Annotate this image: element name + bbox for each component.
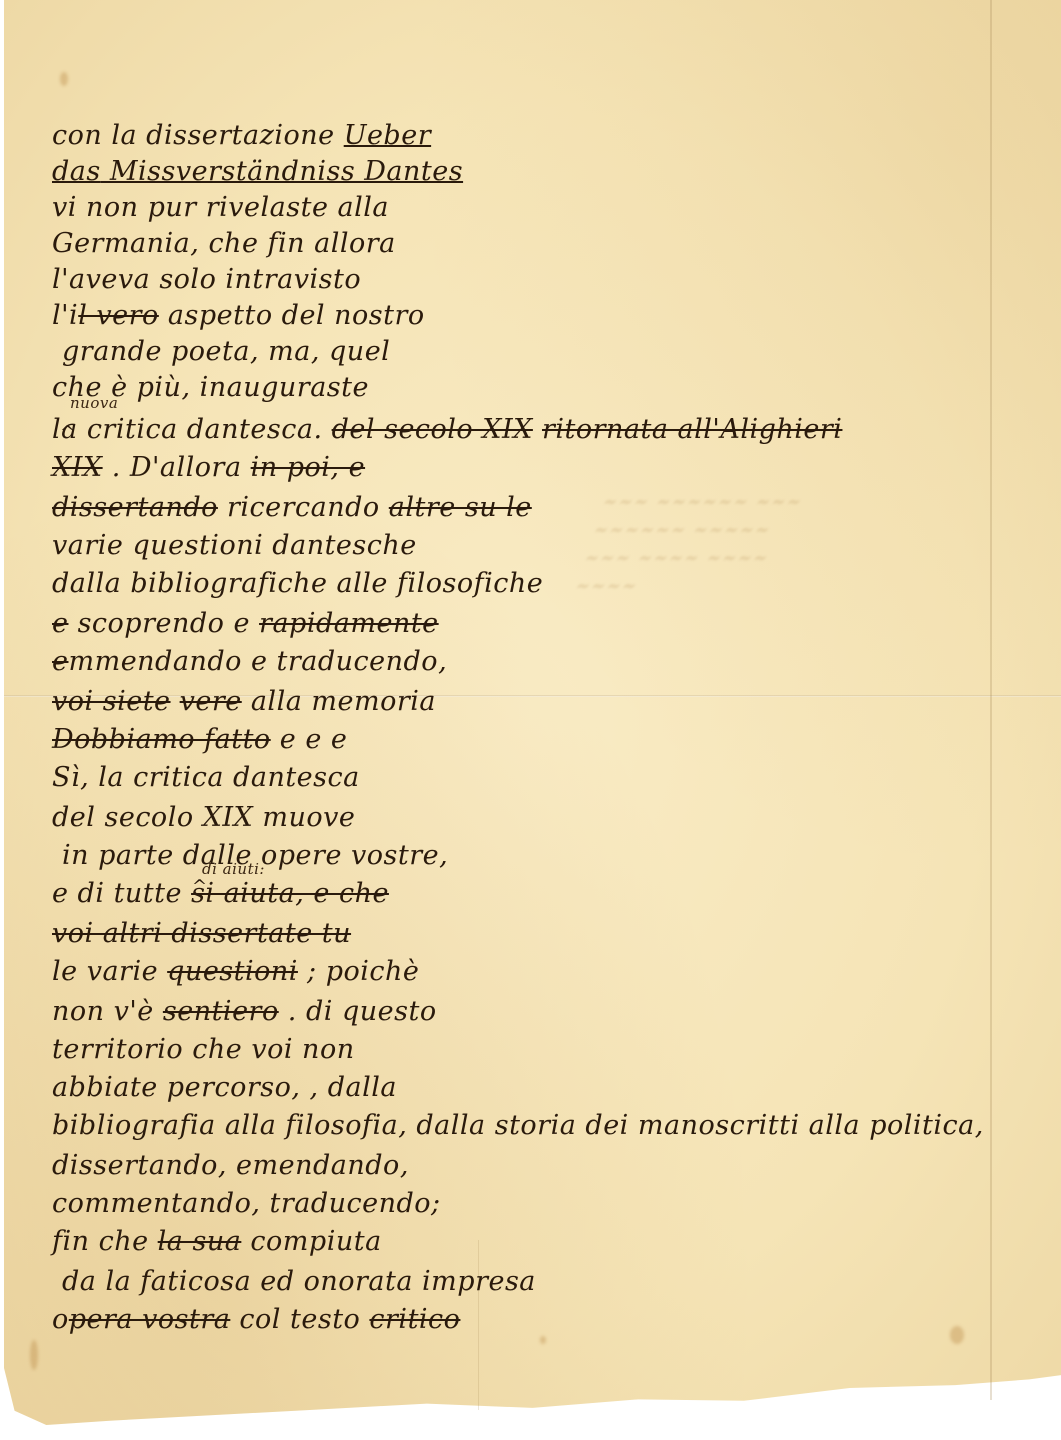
line-text: vi non pur rivelaste alla: [52, 192, 389, 223]
line-text: abbiate percorso, , dalla: [52, 1072, 397, 1103]
manuscript-line: dissertando, emendando,: [52, 1148, 409, 1184]
line-text: mmendando e traducendo,: [68, 646, 447, 677]
struck-text: vere: [180, 686, 242, 717]
line-text: commentando, traducendo;: [52, 1188, 441, 1219]
line-text: l'aveva solo intravisto: [52, 264, 361, 295]
manuscript-line: bibliografia alla filosofia, dalla stori…: [52, 1108, 984, 1144]
line-text: territorio che voi non: [52, 1034, 355, 1065]
line-text: das: [52, 156, 101, 187]
foxing-stain: [30, 1340, 38, 1370]
line-text: con la dissertazione: [52, 120, 344, 151]
line-text: l'i: [52, 300, 78, 331]
line-text: Germania, che fin allora: [52, 228, 396, 259]
struck-text: del secolo XIX: [332, 414, 533, 445]
line-text: o: [52, 1304, 69, 1335]
manuscript-line: la critica dantesca. del secolo XIX rito…: [52, 412, 842, 448]
line-text: ricercando: [218, 492, 389, 523]
manuscript-line: del secolo XIX muove: [52, 800, 355, 836]
line-text: alla memoria: [242, 686, 436, 717]
struck-text: questioni: [167, 956, 298, 987]
manuscript-line: abbiate percorso, , dalla: [52, 1070, 397, 1106]
struck-text: l vero: [78, 300, 159, 331]
line-text: la critica dantesca.: [52, 414, 332, 445]
struck-text: la sua: [158, 1226, 242, 1257]
line-text: non v'è: [52, 996, 163, 1027]
line-text: dalla bibliografiche alle filosofiche: [52, 568, 543, 599]
line-text: dissertando, emendando,: [52, 1150, 409, 1181]
line-text: varie questioni dantesche: [52, 530, 417, 561]
foxing-stain: [540, 1336, 546, 1344]
insertion-caret-icon: ^: [192, 876, 208, 897]
manuscript-line: Sì, la critica dantesca: [52, 760, 360, 796]
manuscript-line: commentando, traducendo;: [52, 1186, 441, 1222]
manuscript-line: vi non pur rivelaste alla: [52, 190, 389, 226]
struck-text: rapidamente: [259, 608, 439, 639]
interlinear-insertion: nuova: [70, 396, 118, 411]
struck-text: XIX: [52, 452, 103, 483]
line-text: bibliografia alla filosofia, dalla stori…: [52, 1110, 984, 1141]
manuscript-line: das Missverständniss Dantes: [52, 154, 463, 190]
line-text: aspetto del nostro: [159, 300, 425, 331]
bleed-through-text: ~~~ ~~~~~~ ~~~ ~~~~~~ ~~~~~ ~~~ ~~~~ ~~~…: [572, 488, 868, 600]
manuscript-line: Germania, che fin allora: [52, 226, 396, 262]
line-text: Ueber: [344, 120, 431, 151]
manuscript-line: e scoprendo e rapidamente: [52, 606, 439, 642]
line-text: [171, 686, 180, 717]
struck-text: sentiero: [163, 996, 279, 1027]
manuscript-line: fin che la sua compiuta: [52, 1224, 382, 1260]
struck-text: voi altri dissertate tu: [52, 918, 351, 949]
line-text: le varie: [52, 956, 167, 987]
struck-text: altre su le: [389, 492, 532, 523]
line-text: compiuta: [241, 1226, 381, 1257]
manuscript-line: dalla bibliografiche alle filosofiche: [52, 566, 543, 602]
manuscript-line: le varie questioni ; poichè: [52, 954, 419, 990]
line-text: . D'allora: [103, 452, 251, 483]
line-text: col testo: [230, 1304, 369, 1335]
manuscript-line: territorio che voi non: [52, 1032, 355, 1068]
struck-text: dissertando: [52, 492, 218, 523]
struck-text: pera vostra: [69, 1304, 231, 1335]
line-text: e e e: [271, 724, 348, 755]
line-text: fin che: [52, 1226, 158, 1257]
struck-text: e: [52, 646, 68, 677]
manuscript-line: varie questioni dantesche: [52, 528, 417, 564]
manuscript-line: grande poeta, ma, quel: [62, 334, 390, 370]
manuscript-line: con la dissertazione Ueber: [52, 118, 431, 154]
foxing-stain: [950, 1326, 964, 1344]
manuscript-line: non v'è sentiero . di questo: [52, 994, 437, 1030]
struck-text: in poi, e: [251, 452, 365, 483]
struck-text: Dobbiamo fatto: [52, 724, 271, 755]
struck-text: e: [52, 608, 68, 639]
manuscript-line: e di tutte si aiuta, e che: [52, 876, 389, 912]
insertion-caret-icon: ^: [60, 422, 76, 443]
line-text: Sì, la critica dantesca: [52, 762, 360, 793]
line-text: e di tutte: [52, 878, 191, 909]
manuscript-line: Dobbiamo fatto e e e: [52, 722, 347, 758]
struck-text: voi siete: [52, 686, 171, 717]
manuscript-line: l'aveva solo intravisto: [52, 262, 361, 298]
struck-text: si aiuta, e che: [191, 878, 389, 909]
manuscript-line: da la faticosa ed onorata impresa: [62, 1264, 536, 1300]
manuscript-line: XIX . D'allora in poi, e: [52, 450, 365, 486]
line-text: scoprendo e: [68, 608, 259, 639]
manuscript-line: l'il vero aspetto del nostro: [52, 298, 425, 334]
struck-text: ritornata all'Alighieri: [542, 414, 842, 445]
line-text: ; poichè: [298, 956, 419, 987]
line-text: [533, 414, 542, 445]
manuscript-line: emmendando e traducendo,: [52, 644, 447, 680]
line-text: del secolo XIX muove: [52, 802, 355, 833]
line-text: Missverständniss Dantes: [101, 156, 463, 187]
foxing-stain: [60, 72, 68, 86]
manuscript-line: voi siete vere alla memoria: [52, 684, 436, 720]
vertical-fold-crease: [990, 0, 992, 1400]
line-text: da la faticosa ed onorata impresa: [62, 1266, 536, 1297]
interlinear-insertion: di aiuti:: [202, 862, 265, 877]
manuscript-line: dissertando ricercando altre su le: [52, 490, 532, 526]
line-text: . di questo: [279, 996, 437, 1027]
manuscript-line: voi altri dissertate tu: [52, 916, 351, 952]
manuscript-line: opera vostra col testo critico: [52, 1302, 460, 1338]
line-text: grande poeta, ma, quel: [62, 336, 390, 367]
struck-text: critico: [369, 1304, 460, 1335]
